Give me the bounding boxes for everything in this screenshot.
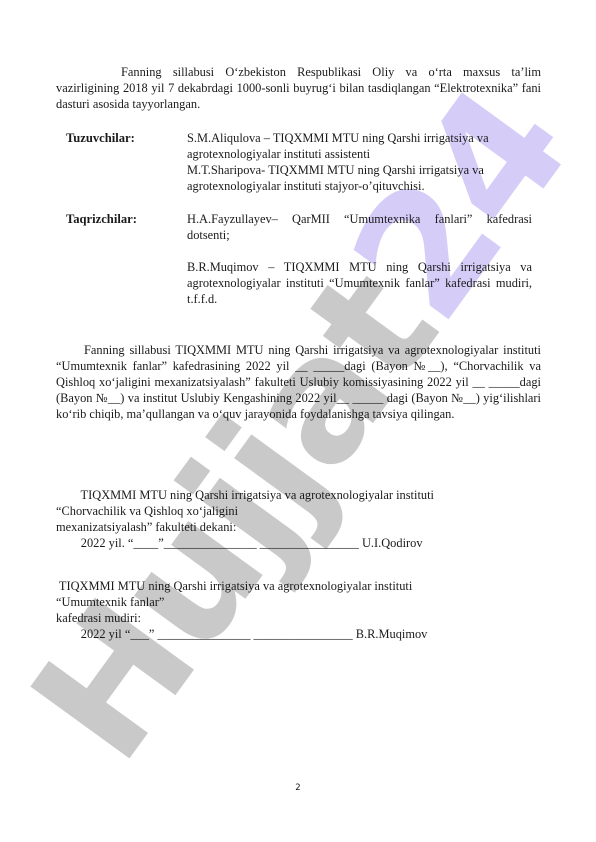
department-head-signature-block: TIQXMMI MTU ning Qarshi irrigatsiya va a… — [56, 578, 427, 642]
approval-paragraph: Fanning sillabusi TIQXMMI MTU ning Qarsh… — [56, 342, 541, 422]
approval-text: Fanning sillabusi TIQXMMI MTU ning Qarsh… — [56, 343, 541, 421]
signature-line: “Umumtexnik fanlar” — [56, 594, 427, 610]
compilers-label: Tuzuvchilar: — [66, 130, 135, 146]
document-content: Fanning sillabusi O‘zbekiston Respublika… — [0, 0, 596, 842]
document-page: Hujjat24 Fanning sillabusi O‘zbekiston R… — [0, 0, 596, 842]
reviewer-entry: H.A.Fayzullayev– QarMII “Umumtexnika fan… — [187, 211, 532, 243]
signature-line: kafedrasi mudiri: — [56, 610, 427, 626]
signature-date-line: 2022 yil “___” _______________ _________… — [56, 626, 427, 642]
signature-date-line: 2022 yil. “____”_______________ ________… — [56, 535, 434, 551]
reviewer-entry: B.R.Muqimov – TIQXMMI MTU ning Qarshi ir… — [187, 259, 532, 307]
dean-signature-block: TIQXMMI MTU ning Qarshi irrigatsiya va a… — [56, 487, 434, 551]
signature-line: TIQXMMI MTU ning Qarshi irrigatsiya va a… — [56, 487, 434, 503]
page-number: 2 — [0, 780, 596, 796]
signature-line: “Chorvachilik va Qishloq xo‘jaligini — [56, 503, 434, 519]
signature-line: mexanizatsiyalash” fakulteti dekani: — [56, 519, 434, 535]
reviewers-label: Taqrizchilar: — [66, 211, 137, 227]
signature-line: TIQXMMI MTU ning Qarshi irrigatsiya va a… — [56, 578, 427, 594]
intro-paragraph: Fanning sillabusi O‘zbekiston Respublika… — [56, 64, 541, 112]
intro-text: Fanning sillabusi O‘zbekiston Respublika… — [56, 65, 541, 111]
compiler-entry: S.M.Aliqulova – TIQXMMI MTU ning Qarshi … — [187, 130, 532, 162]
compiler-entry: M.T.Sharipova- TIQXMMI MTU ning Qarshi i… — [187, 162, 532, 194]
